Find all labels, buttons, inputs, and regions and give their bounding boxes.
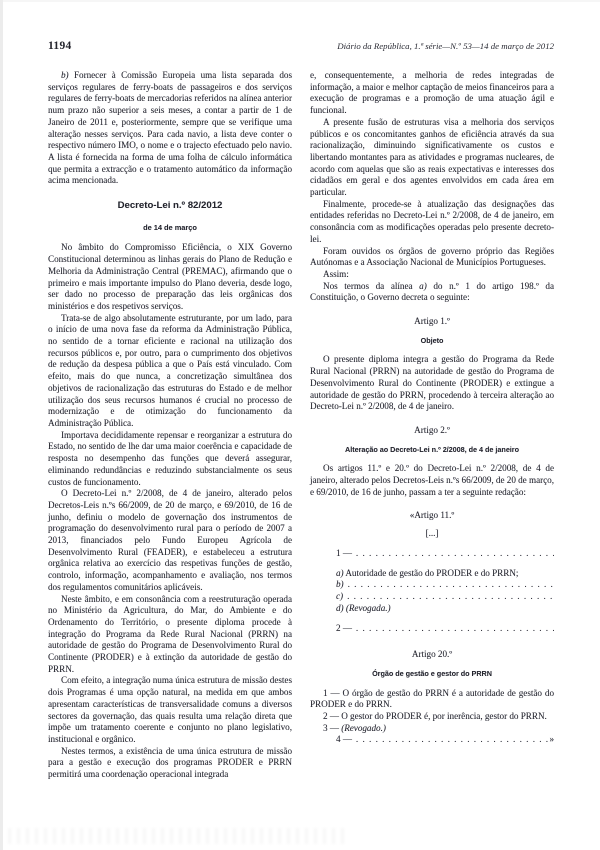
alinea-text: Autoridade de gestão do PRODER e do PRRN… — [344, 568, 519, 578]
two-column-body: b) Fornecer à Comissão Europeia uma list… — [48, 70, 554, 781]
dotted-line: . . . . . . . . . . . . . . . . . . . . … — [356, 548, 554, 560]
preamble-paragraph: O Decreto-Lei n.º 2/2008, de 4 de janeir… — [48, 488, 292, 593]
alinea-text: Fornecer à Comissão Europeia uma lista s… — [48, 70, 292, 185]
enacting-prefix: Nos termos da alínea — [323, 281, 419, 291]
quoted-alinea-c: c). . . . . . . . . . . . . . . . . . . … — [310, 591, 554, 603]
revoked-note: (Revogada.) — [344, 603, 391, 613]
quoted-amendment-block: «Artigo 11.º [...] 1 —. . . . . . . . . … — [310, 510, 554, 747]
preamble-paragraph: Foram ouvidos os órgãos de governo própr… — [310, 246, 554, 269]
alinea-marker: b) — [61, 70, 69, 80]
article-1-epigraph: Objeto — [310, 335, 554, 347]
preamble-paragraph: Nestes termos, a existência de uma única… — [48, 746, 292, 781]
quoted-item-2: 2 —. . . . . . . . . . . . . . . . . . .… — [310, 623, 554, 635]
alinea-marker: b) — [336, 579, 344, 591]
preamble-paragraph: No âmbito do Compromisso Eficiência, o X… — [48, 242, 292, 312]
quoted-item-2-text: 2 — O gestor do PRODER é, por inerência,… — [310, 711, 554, 723]
dotted-line: . . . . . . . . . . . . . . . . . . . . … — [348, 579, 554, 591]
left-column: b) Fornecer à Comissão Europeia uma list… — [48, 70, 292, 781]
quoted-alinea-d: d) (Revogada.) — [310, 603, 554, 615]
assim-line: Assim: — [310, 269, 554, 281]
article-2-epigraph: Alteração ao Decreto-Lei n.º 2/2008, de … — [310, 444, 554, 456]
quoted-item-1: 1 —. . . . . . . . . . . . . . . . . . .… — [310, 548, 554, 560]
right-column: e, consequentemente, a melhoria de redes… — [310, 70, 554, 781]
preamble-paragraph: Trata-se de algo absolutamente estrutura… — [48, 313, 292, 430]
article-2-title: Artigo 2.º — [310, 425, 554, 437]
preamble-paragraph: A presente fusão de estruturas visa a me… — [310, 117, 554, 199]
page-header: 1194 Diário da República, 1.ª série—N.º … — [48, 40, 554, 52]
enacting-formula: Nos termos da alínea a) do n.º 1 do arti… — [310, 281, 554, 304]
dotted-line: . . . . . . . . . . . . . . . . . . . . … — [356, 734, 550, 746]
dotted-line: . . . . . . . . . . . . . . . . . . . . … — [356, 623, 554, 635]
scan-artifact — [8, 828, 348, 844]
quoted-item-1-text: 1 — O órgão de gestão do PRRN é a autori… — [310, 688, 554, 711]
decree-title: Decreto-Lei n.º 82/2012 — [48, 200, 292, 212]
page-number: 1194 — [48, 40, 72, 52]
alinea-b-paragraph: b) Fornecer à Comissão Europeia uma list… — [48, 70, 292, 187]
quoted-item-3-text: 3 — (Revogado.) — [310, 723, 554, 735]
closing-quote-mark: » — [549, 734, 554, 746]
decree-date: de 14 de março — [48, 222, 292, 234]
quoted-alineas: a) Autoridade de gestão do PRODER e do P… — [310, 568, 554, 615]
quoted-article-20-epigraph: Órgão de gestão e gestor do PRRN — [310, 668, 554, 680]
quoted-alinea-a: a) Autoridade de gestão do PRODER e do P… — [310, 568, 554, 580]
preamble-paragraph: Com efeito, a integração numa única estr… — [48, 675, 292, 745]
article-1-title: Artigo 1.º — [310, 316, 554, 328]
preamble-paragraph: Finalmente, procede-se à atualização das… — [310, 199, 554, 246]
item-number: 3 — — [323, 723, 341, 733]
dotted-line: . . . . . . . . . . . . . . . . . . . . … — [347, 591, 554, 603]
quoted-article-20-title: Artigo 20.º — [310, 649, 554, 661]
revoked-note: (Revogado.) — [341, 723, 386, 733]
item-number: 4 — — [336, 734, 352, 746]
item-number: 1 — — [336, 548, 352, 560]
gazette-edition-line: Diário da República, 1.ª série—N.º 53—14… — [337, 41, 554, 51]
continuation-paragraph: e, consequentemente, a melhoria de redes… — [310, 70, 554, 117]
article-1-body: O presente diploma integra a gestão do P… — [310, 354, 554, 413]
ellipsis-marker: [...] — [310, 528, 554, 540]
alinea-marker: d) — [336, 603, 344, 613]
preamble-paragraph: Importava decididamente repensar e reorg… — [48, 430, 292, 489]
alinea-marker: c) — [336, 591, 343, 603]
quoted-item-4: 4 —. . . . . . . . . . . . . . . . . . .… — [310, 734, 554, 746]
article-2-body: Os artigos 11.º e 20.º do Decreto-Lei n.… — [310, 463, 554, 498]
alinea-marker: a) — [419, 281, 427, 291]
alinea-marker: a) — [336, 568, 344, 578]
item-number: 2 — — [336, 623, 352, 635]
quoted-article-11-title: «Artigo 11.º — [310, 510, 554, 522]
quoted-alinea-b: b). . . . . . . . . . . . . . . . . . . … — [310, 579, 554, 591]
preamble-paragraph: Neste âmbito, e em consonância com a ree… — [48, 594, 292, 676]
gazette-page: 1194 Diário da República, 1.ª série—N.º … — [0, 0, 600, 850]
